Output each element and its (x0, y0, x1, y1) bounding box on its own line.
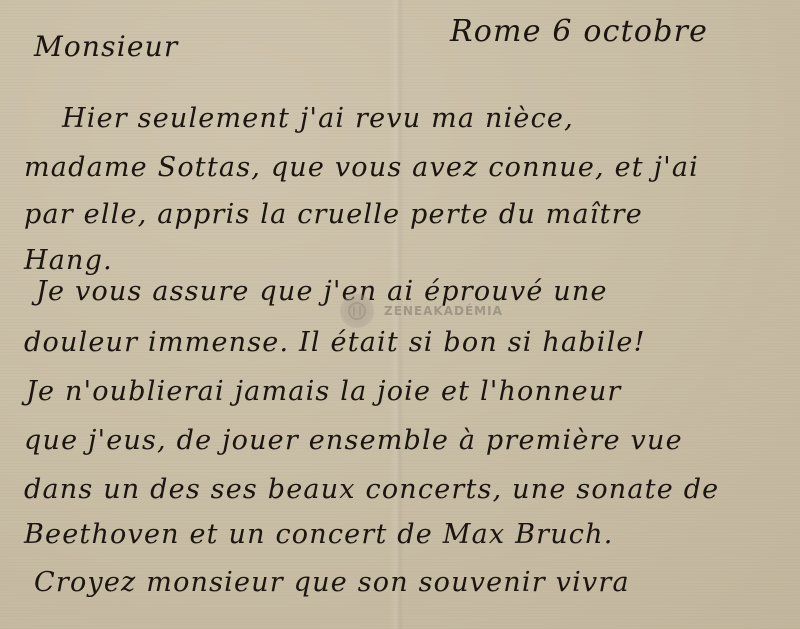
letter-line: dans un des ses beaux concerts, une sona… (24, 474, 719, 505)
zeneakademia-seal-icon (340, 294, 374, 328)
letter-line: par elle, appris la cruelle perte du maî… (24, 199, 643, 230)
letter-line: Je n'oublierai jamais la joie et l'honne… (26, 376, 622, 407)
letter-line: Hier seulement j'ai revu ma nièce, (62, 103, 574, 134)
letter-line: madame Sottas, que vous avez connue, et … (24, 152, 699, 183)
letter-page: Rome 6 octobre Monsieur Hier seulement j… (0, 0, 800, 629)
letter-date: Rome 6 octobre (450, 14, 708, 49)
letter-salutation: Monsieur (34, 30, 178, 63)
watermark-text: ZENEAKADÉMIA (384, 304, 503, 318)
letter-line: Beethoven et un concert de Max Bruch. (24, 519, 614, 550)
watermark: ZENEAKADÉMIA (340, 294, 503, 328)
letter-line: douleur immense. Il était si bon si habi… (24, 327, 646, 358)
letter-line: Je vous assure que j'en ai éprouvé une (36, 276, 608, 307)
letter-line: Hang. (24, 245, 113, 276)
letter-line: que j'eus, de jouer ensemble à première … (24, 425, 683, 456)
letter-line: Croyez monsieur que son souvenir vivra (34, 567, 630, 598)
